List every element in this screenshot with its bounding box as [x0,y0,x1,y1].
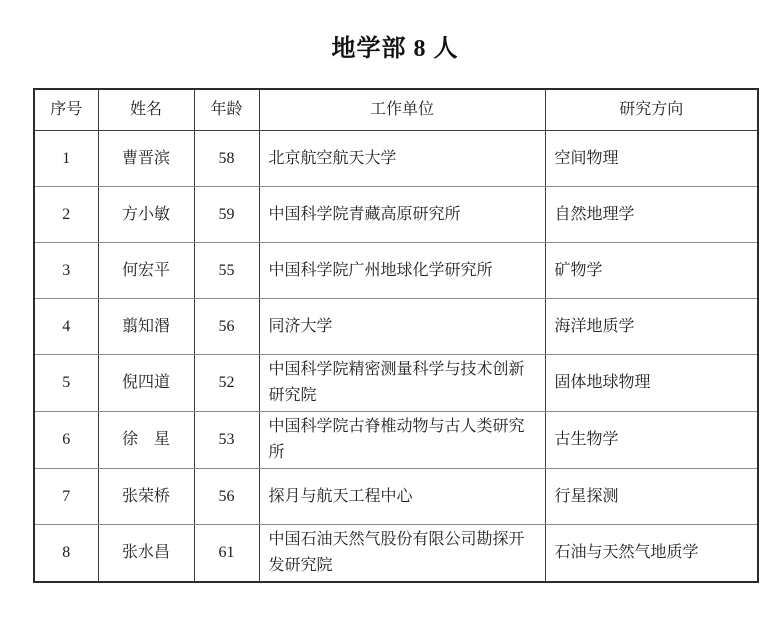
cell-name: 倪四道 [98,355,194,412]
roster-table: 序号姓名年龄工作单位研究方向 1曹晋滨58北京航空航天大学空间物理2方小敏59中… [33,88,759,583]
cell-field: 古生物学 [545,412,758,469]
cell-age: 58 [194,131,259,187]
cell-field: 固体地球物理 [545,355,758,412]
cell-name: 曹晋滨 [98,131,194,187]
cell-name: 张水昌 [98,525,194,583]
cell-no: 2 [34,187,98,243]
cell-org: 中国科学院精密测量科学与技术创新研究院 [259,355,545,412]
table-row: 7张荣桥56探月与航天工程中心行星探测 [34,469,758,525]
cell-org: 中国石油天然气股份有限公司勘探开发研究院 [259,525,545,583]
cell-no: 8 [34,525,98,583]
cell-org: 同济大学 [259,299,545,355]
cell-age: 61 [194,525,259,583]
cell-name: 张荣桥 [98,469,194,525]
column-header: 工作单位 [259,89,545,131]
cell-age: 56 [194,469,259,525]
cell-age: 52 [194,355,259,412]
table-row: 4翦知湣56同济大学海洋地质学 [34,299,758,355]
cell-name: 方小敏 [98,187,194,243]
cell-no: 7 [34,469,98,525]
document-page: 地学部 8 人 序号姓名年龄工作单位研究方向 1曹晋滨58北京航空航天大学空间物… [0,0,784,629]
cell-field: 海洋地质学 [545,299,758,355]
cell-name: 翦知湣 [98,299,194,355]
cell-age: 53 [194,412,259,469]
table-body: 1曹晋滨58北京航空航天大学空间物理2方小敏59中国科学院青藏高原研究所自然地理… [34,131,758,583]
table-row: 3何宏平55中国科学院广州地球化学研究所矿物学 [34,243,758,299]
table-row: 5倪四道52中国科学院精密测量科学与技术创新研究院固体地球物理 [34,355,758,412]
page-title: 地学部 8 人 [33,28,757,63]
cell-field: 空间物理 [545,131,758,187]
column-header: 研究方向 [545,89,758,131]
header-row: 序号姓名年龄工作单位研究方向 [34,89,758,131]
cell-age: 56 [194,299,259,355]
cell-age: 55 [194,243,259,299]
cell-age: 59 [194,187,259,243]
cell-org: 中国科学院青藏高原研究所 [259,187,545,243]
cell-no: 5 [34,355,98,412]
cell-no: 3 [34,243,98,299]
cell-org: 中国科学院广州地球化学研究所 [259,243,545,299]
column-header: 年龄 [194,89,259,131]
cell-field: 行星探测 [545,469,758,525]
cell-name: 徐 星 [98,412,194,469]
cell-name: 何宏平 [98,243,194,299]
cell-no: 6 [34,412,98,469]
column-header: 序号 [34,89,98,131]
cell-org: 中国科学院古脊椎动物与古人类研究所 [259,412,545,469]
cell-field: 石油与天然气地质学 [545,525,758,583]
cell-field: 自然地理学 [545,187,758,243]
cell-no: 4 [34,299,98,355]
column-header: 姓名 [98,89,194,131]
cell-org: 探月与航天工程中心 [259,469,545,525]
cell-no: 1 [34,131,98,187]
table-row: 2方小敏59中国科学院青藏高原研究所自然地理学 [34,187,758,243]
cell-org: 北京航空航天大学 [259,131,545,187]
cell-field: 矿物学 [545,243,758,299]
table-row: 1曹晋滨58北京航空航天大学空间物理 [34,131,758,187]
table-row: 6徐 星53中国科学院古脊椎动物与古人类研究所古生物学 [34,412,758,469]
table-row: 8张水昌61中国石油天然气股份有限公司勘探开发研究院石油与天然气地质学 [34,525,758,583]
